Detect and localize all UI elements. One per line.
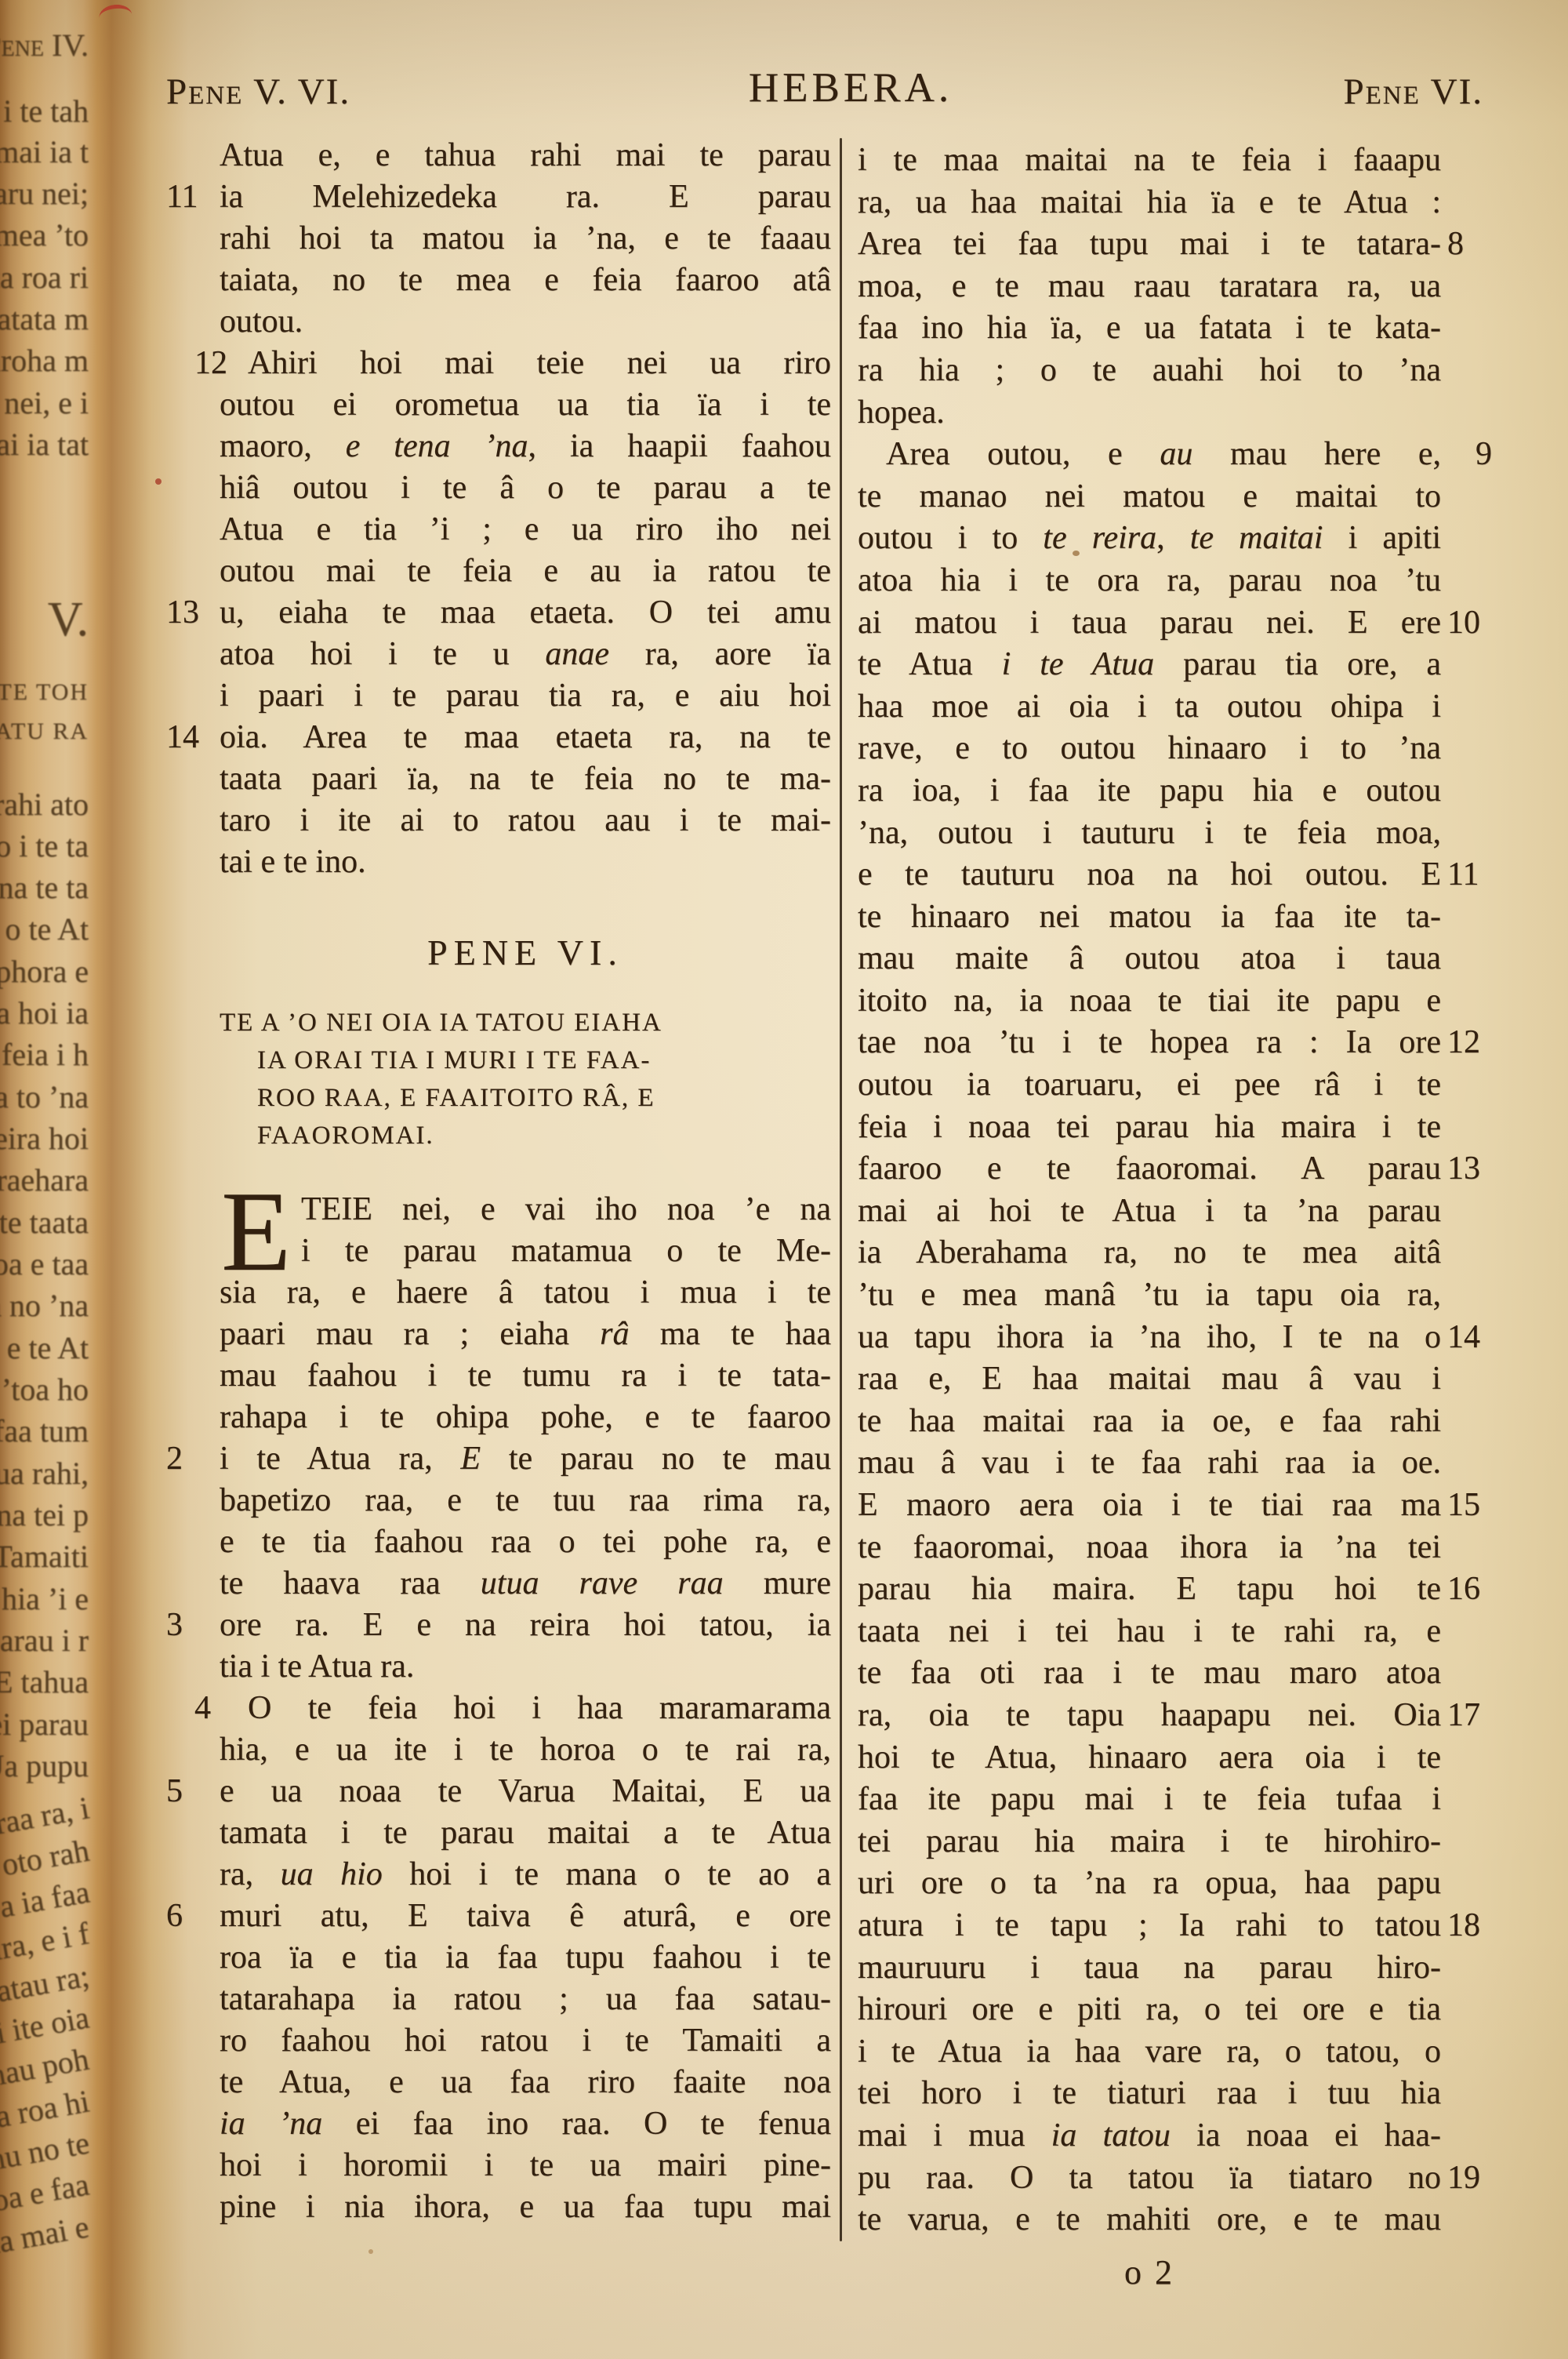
line-text: moa, e te mau raau taratara ra, ua: [858, 268, 1441, 304]
verse-number: 17: [1447, 1695, 1504, 1737]
text-line: te varua, e te mahiti ore, e te mau: [858, 2199, 1441, 2241]
line-text: hopea.: [858, 394, 945, 431]
gutter-text-fragment: ea o te At: [0, 911, 89, 947]
gutter-text-fragment: rarahi ato: [0, 786, 89, 823]
left-text-column: Atua e, e tahua rahi mai te parau11ia Me…: [220, 135, 831, 2228]
line-text: ro faahou hoi ratou i te Tamaiti a: [220, 2023, 831, 2059]
line-text: hoi i horomii i te ua mairi pine-: [220, 2147, 831, 2183]
line-text: e te tauturu noa na hoi outou. E: [858, 856, 1441, 892]
text-line: ra ioa, i faa ite papu hia e outou: [858, 770, 1441, 812]
verse-number: 12: [166, 343, 227, 384]
facing-page-gutter: Pene IV.ou i te tahha mai ia truparu nei…: [0, 0, 93, 2359]
line-text: ’na, outou i tauturu i te feia moa,: [858, 815, 1441, 851]
gutter-text-fragment: tei parau: [0, 1706, 89, 1743]
line-text: Ahiri hoi mai teie nei ua riro: [248, 345, 831, 381]
line-text: tae noa ’tu i te hopea ra : Ia ore: [858, 1024, 1441, 1060]
verse-number: 9: [1447, 434, 1504, 476]
line-text: mauruuru i taua na parau hiro-: [858, 1950, 1441, 1986]
verse-number: 12: [1447, 1022, 1504, 1064]
line-text: tei horo i te tiaturi raa i tuu hia: [858, 2075, 1441, 2111]
text-line: te manao nei matou e maitai to: [858, 476, 1441, 518]
gutter-text-fragment: oto i te ta: [0, 827, 89, 864]
line-text: te varua, e te mahiti ore, e te mau: [858, 2201, 1441, 2237]
line-text: i paari i te parau tia ra, e aiu hoi: [220, 678, 831, 714]
gutter-text-fragment: E tia hoi ia: [0, 994, 89, 1031]
gutter-text-fragment: aa fatata m: [0, 300, 89, 337]
line-text: ia Melehizedeka ra. E parau: [220, 179, 831, 215]
text-line: taata paari ïa, na te feia no te ma-: [220, 758, 831, 800]
verse-number: 4: [166, 1688, 211, 1729]
gutter-text-fragment: ahua rahi,: [0, 1455, 89, 1492]
line-text: taata nei i tei hau i te rahi ra, e: [858, 1613, 1441, 1649]
line-text: te Atua i te Atua parau tia ore, a: [858, 646, 1441, 682]
line-text: ra, ua haa maitai hia ïa e te Atua :: [858, 184, 1441, 220]
ink-speck: [155, 478, 162, 485]
verse-number: 19: [1447, 2157, 1504, 2200]
gutter-text-fragment: aita roa ri: [0, 259, 89, 296]
line-text: e ua noaa te Varua Maitai, E ua: [220, 1773, 831, 1809]
line-text: taro i ite ai to ratou aau i te mai-: [220, 802, 831, 838]
line-text: i te Atua ia haa vare ra, o tatou, o: [858, 2034, 1441, 2070]
gutter-text-fragment: hia ’i e: [2, 1580, 89, 1617]
gutter-text-fragment: a na tei p: [0, 1496, 89, 1533]
running-head-left: Pene V. VI.: [166, 71, 350, 113]
line-text: atura i te tapu ; Ia rahi to tatou: [858, 1907, 1441, 1943]
text-line: tai e te ino.: [220, 841, 831, 883]
gutter-text-fragment: osephora e: [0, 953, 89, 990]
verse-number: 6: [166, 1896, 183, 1937]
signature-mark: o 2: [858, 2252, 1441, 2292]
text-line: te faa oti raa i te mau maro atoa: [858, 1652, 1441, 1695]
line-text: uri ore o ta ’na ra opua, haa papu: [858, 1865, 1441, 1901]
gutter-text-fragment: Tamaiti: [0, 1538, 89, 1575]
chapter-summary: TE A ’O NEI OIA IA TATOU EIAHAIA ORAI TI…: [220, 1004, 831, 1154]
line-text: muri atu, E taiva ê aturâ, e ore: [220, 1898, 831, 1934]
text-line: 13u, eiaha te maa etaeta. O tei amu: [220, 592, 831, 634]
column-divider-rule: [840, 138, 842, 2241]
line-text: te haa maitai raa ia oe, e faa rahi: [858, 1403, 1441, 1439]
text-line: 14ua tapu ihora ia ’na iho, I te na o: [858, 1317, 1441, 1359]
line-text: faa ino hia ïa, e ua fatata i te kata-: [858, 310, 1441, 346]
book-page: Pene IV.ou i te tahha mai ia truparu nei…: [0, 0, 1568, 2359]
line-text: ore ra. E e na reira hoi tatou, ia: [220, 1607, 831, 1643]
text-line: te haa maitai raa ia oe, e faa rahi: [858, 1401, 1441, 1443]
line-text: i te maa maitai na te feia i faaapu: [858, 142, 1441, 178]
text-line: taiata, no te mea e feia faaroo atâ: [220, 260, 831, 301]
line-text: tamata i te parau maitai a te Atua: [220, 1815, 831, 1851]
line-text: ra hia ; o te auahi hoi to ’na: [858, 352, 1441, 388]
text-line: tia i te Atua ra.: [220, 1646, 831, 1688]
line-text: mai ai hoi te Atua i ta ’na parau: [858, 1193, 1441, 1229]
verse-number: 2: [166, 1438, 183, 1480]
line-text: maoro, e tena ’na, ia haapii faahou: [220, 428, 831, 464]
text-line: Atua e, e tahua rahi mai te parau: [220, 135, 831, 176]
red-pen-mark: [98, 3, 132, 23]
line-text: Atua e tia ’i ; e ua riro iho nei: [220, 511, 831, 547]
line-text: rave, e to outou hinaaro i to ’na: [858, 730, 1441, 766]
text-line: tamata i te parau maitai a te Atua: [220, 1812, 831, 1854]
verse-number: 5: [166, 1771, 183, 1812]
line-text: rahi hoi ta matou ia ’na, e te faaau: [220, 220, 831, 256]
verse-number: 11: [1447, 854, 1504, 896]
gutter-text-fragment: ra no ’na: [0, 1287, 89, 1324]
line-text: te faa oti raa i te mau maro atoa: [858, 1655, 1441, 1691]
verse-number: 13: [166, 592, 199, 634]
text-line: 18atura i te tapu ; Ia rahi to tatou: [858, 1905, 1441, 1947]
line-text: te manao nei matou e maitai to: [858, 478, 1441, 514]
summary-line: FAAOROMAI.: [220, 1117, 831, 1154]
line-text: ia Aberahama ra, no te mea aitâ: [858, 1234, 1441, 1270]
chapter-heading: PENE VI.: [220, 930, 831, 976]
line-text: e te tia faahou raa o tei pohe ra, e: [220, 1524, 831, 1560]
line-text: Atua e, e tahua rahi mai te parau: [220, 137, 831, 173]
verse-number: 8: [1447, 224, 1504, 266]
text-line: ra, ua hio hoi i te mana o te ao a: [220, 1854, 831, 1896]
gutter-text-fragment: toa to ’na: [0, 1078, 89, 1115]
gutter-text-fragment: A O TE TOH: [0, 679, 89, 706]
text-line: bapetizo raa, e te tuu raa rima ra,: [220, 1480, 831, 1521]
line-text: atoa hoi i te u anae ra, aore ïa: [220, 636, 831, 672]
text-line: hopea.: [858, 392, 1441, 434]
text-line: mau maite â outou atoa i taua: [858, 938, 1441, 980]
verse-number: 13: [1447, 1148, 1504, 1190]
line-text: oia. Area te maa etaeta ra, na te: [220, 719, 831, 755]
line-text: mau maite â outou atoa i taua: [858, 940, 1441, 976]
text-line: 11e te tauturu noa na hoi outou. E: [858, 854, 1441, 896]
line-text: ’tu e mea manâ ’tu ia tapu oia ra,: [858, 1277, 1441, 1313]
text-line: te Atua i te Atua parau tia ore, a: [858, 644, 1441, 686]
gutter-text-fragment: roa e taa: [0, 1245, 89, 1282]
text-line: te haava raa utua rave raa mure: [220, 1563, 831, 1605]
line-text: ra, ua hio hoi i te mana o te ao a: [220, 1856, 831, 1892]
gutter-text-fragment: Pene IV.: [0, 27, 89, 64]
text-line: rahi hoi ta matou ia ’na, e te faaau: [220, 218, 831, 260]
text-line: uri ore o ta ’na ra opua, haa papu: [858, 1863, 1441, 1905]
line-text: te hinaaro nei matou ia faa ite ta-: [858, 899, 1441, 935]
line-text: rahapa i te ohipa pohe, e te faaroo: [220, 1399, 831, 1435]
text-line: ra hia ; o te auahi hoi to ’na: [858, 350, 1441, 392]
text-line: haa moe ai oia i ta outou ohipa i: [858, 686, 1441, 729]
text-line: 2i te Atua ra, E te parau no te mau: [220, 1438, 831, 1480]
text-line: TEIE nei, e vai iho noa ’e na: [220, 1189, 831, 1230]
text-line: taro i ite ai to ratou aau i te mai-: [220, 800, 831, 841]
text-line: 3ore ra. E e na reira hoi tatou, ia: [220, 1605, 831, 1646]
text-line: roa ïa e tia ia faa tupu faahou i te: [220, 1937, 831, 1979]
line-text: hia, e ua ite i te horoa o te rai ra,: [220, 1732, 831, 1768]
line-text: outou ei orometua ua tia ïa i te: [220, 387, 831, 423]
gutter-text-fragment: hia mai e: [0, 2208, 92, 2264]
text-line: outou mai te feia e au ia ratou te: [220, 551, 831, 592]
line-text: parau hia maira. E tapu hoi te: [858, 1571, 1441, 1607]
text-line: mau faahou i te tumu ra i te tata-: [220, 1355, 831, 1397]
text-line: ’tu e mea manâ ’tu ia tapu oia ra,: [858, 1274, 1441, 1317]
text-line: rave, e to outou hinaaro i to ’na: [858, 728, 1441, 770]
text-line: i te parau matamua o te Me-: [220, 1230, 831, 1272]
text-line: ro faahou hoi ratou i te Tamaiti a: [220, 2020, 831, 2062]
running-head-title: HEBERA.: [749, 64, 953, 111]
text-line: 5e ua noaa te Varua Maitai, E ua: [220, 1771, 831, 1812]
line-text: te faaoromai, noaa ihora ia ’na tei: [858, 1529, 1441, 1565]
text-line: mau â vau i te faa rahi raa ia oe.: [858, 1442, 1441, 1485]
summary-line: TE A ’O NEI OIA IA TATOU EIAHA: [220, 1004, 831, 1041]
gutter-text-fragment: araehara: [0, 1161, 89, 1198]
line-text: taiata, no te mea e feia faaroo atâ: [220, 262, 831, 298]
line-text: outou i to te reira, te maitai i apiti: [858, 520, 1441, 556]
line-text: atoa hia i te ora ra, parau noa ’tu: [858, 562, 1441, 598]
text-line: outou i to te reira, te maitai i apiti: [858, 518, 1441, 560]
text-line: tatarahapa ia ratou ; ua faa satau-: [220, 1979, 831, 2020]
line-text: hirouri ore e piti ra, o tei ore e tia: [858, 1991, 1441, 2027]
gutter-text-fragment: Oia ’toa ho: [0, 1371, 89, 1408]
gutter-text-fragment: atou nei, e i: [0, 384, 89, 421]
text-line: 14oia. Area te maa etaeta ra, na te: [220, 717, 831, 758]
text-line: 6muri atu, E taiva ê aturâ, e ore: [220, 1896, 831, 1937]
line-text: raa e, E haa maitai mau â vau i: [858, 1361, 1441, 1397]
line-text: E maoro aera oia i te tiai raa ma: [858, 1487, 1441, 1523]
line-text: i te Atua ra, E te parau no te mau: [220, 1441, 831, 1477]
line-text: te haava raa utua rave raa mure: [220, 1565, 831, 1601]
line-text: pu raa. O ta tatou ïa tiataro no: [858, 2160, 1441, 2196]
text-line: ’na, outou i tauturu i te feia moa,: [858, 812, 1441, 855]
gutter-text-fragment: a te taata: [0, 1204, 89, 1241]
verse-number: 16: [1447, 1568, 1504, 1611]
gutter-text-fragment: ïa na te ta: [0, 869, 89, 906]
text-line: hiâ outou i te â o te parau a te: [220, 467, 831, 509]
text-line: outou ei orometua ua tia ïa i te: [220, 384, 831, 426]
text-line: pine i nia ihora, e ua faa tupu mai: [220, 2186, 831, 2228]
line-text: Area outou, e au mau here e,: [886, 436, 1441, 472]
gutter-text-fragment: mau mea ’to: [0, 216, 89, 253]
text-line: faa ino hia ïa, e ua fatata i te kata-: [858, 307, 1441, 350]
gutter-text-fragment: te aroha m: [0, 342, 89, 379]
verse-block: i te maa maitai na te feia i faaapura, u…: [858, 140, 1441, 2241]
line-text: ra ioa, i faa ite papu hia e outou: [858, 772, 1441, 809]
line-text: u, eiaha te maa etaeta. O tei amu: [220, 594, 831, 631]
text-line: feia i noaa tei parau hia maira i te: [858, 1107, 1441, 1149]
verse-number: 14: [1447, 1317, 1504, 1359]
gutter-text-fragment: u mai ia tat: [0, 426, 89, 463]
line-text: hiâ outou i te â o te parau a te: [220, 470, 831, 506]
text-line: atoa hoi i te u anae ra, aore ïa: [220, 634, 831, 675]
line-text: faa ite papu mai i te feia tufaa i: [858, 1781, 1441, 1817]
text-line: te faaoromai, noaa ihora ia ’na tei: [858, 1527, 1441, 1569]
gutter-text-fragment: V.: [48, 592, 89, 648]
line-text: sia ra, e haere â tatou i mua i te: [220, 1274, 831, 1310]
line-text: ai matou i taua parau nei. E ere: [858, 605, 1441, 641]
gutter-text-fragment: E tahua: [0, 1663, 89, 1700]
line-text: faaroo e te faaoromai. A parau: [858, 1150, 1441, 1187]
text-line: itoito na, ia noaa te tiai ite papu e: [858, 980, 1441, 1023]
text-line: 9Area outou, e au mau here e,: [858, 434, 1441, 476]
line-text: tei parau hia maira i te hirohiro-: [858, 1823, 1441, 1859]
text-line: 15E maoro aera oia i te tiai raa ma: [858, 1485, 1441, 1527]
text-line: mauruuru i taua na parau hiro-: [858, 1947, 1441, 1990]
line-text: pine i nia ihora, e ua faa tupu mai: [220, 2189, 831, 2225]
gutter-text-fragment: ou i te tah: [0, 93, 89, 129]
text-line: ia Aberahama ra, no te mea aitâ: [858, 1232, 1441, 1274]
text-line: atoa hia i te ora ra, parau noa ’tu: [858, 560, 1441, 602]
text-line: ia ’na ei faa ino raa. O te fenua: [220, 2103, 831, 2145]
text-line: moa, e te mau raau taratara ra, ua: [858, 266, 1441, 308]
verse-number: 11: [166, 176, 198, 218]
text-line: 8Area tei faa tupu mai i te tatara-: [858, 224, 1441, 266]
text-line: Atua e tia ’i ; e ua riro iho nei: [220, 509, 831, 551]
text-line: 12Ahiri hoi mai teie nei ua riro: [220, 343, 831, 384]
line-text: mau â vau i te faa rahi raa ia oe.: [858, 1445, 1441, 1481]
line-text: i te parau matamua o te Me-: [301, 1233, 831, 1269]
text-line: i paari i te parau tia ra, e aiu hoi: [220, 675, 831, 717]
line-text: feia i noaa tei parau hia maira i te: [858, 1109, 1441, 1145]
line-text: ia ’na ei faa ino raa. O te fenua: [220, 2106, 831, 2142]
text-line: sia ra, e haere â tatou i mua i te: [220, 1272, 831, 1314]
verse-number: 14: [166, 717, 199, 758]
verse-number: 15: [1447, 1485, 1504, 1527]
gutter-text-fragment: e te feia i h: [0, 1036, 89, 1073]
text-line: e te tia faahou raa o tei pohe ra, e: [220, 1521, 831, 1563]
gutter-text-fragment: o reira hoi: [0, 1120, 89, 1157]
verse-number: 10: [1447, 602, 1504, 645]
line-text: mau faahou i te tumu ra i te tata-: [220, 1358, 831, 1394]
line-text: tai e te ino.: [220, 844, 366, 880]
text-line: 10ai matou i taua parau nei. E ere: [858, 602, 1441, 645]
text-line: hoi te Atua, hinaaro aera oia i te: [858, 1737, 1441, 1779]
line-text: mai i mua ia tatou ia noaa ei haa-: [858, 2117, 1441, 2154]
right-text-column: i te maa maitai na te feia i faaapura, u…: [858, 140, 1441, 2292]
text-line: 13faaroo e te faaoromai. A parau: [858, 1148, 1441, 1190]
text-line: outou.: [220, 301, 831, 343]
verse-number: 18: [1447, 1905, 1504, 1947]
text-line: ra, ua haa maitai hia ïa e te Atua :: [858, 182, 1441, 224]
text-line: mai i mua ia tatou ia noaa ei haa-: [858, 2115, 1441, 2157]
text-line: 11ia Melehizedeka ra. E parau: [220, 176, 831, 218]
line-text: ra, oia te tapu haapapu nei. Oia: [858, 1697, 1441, 1733]
text-line: te hinaaro nei matou ia faa ite ta-: [858, 896, 1441, 939]
line-text: roa ïa e tia ia faa tupu faahou i te: [220, 1939, 831, 1976]
ink-speck: [368, 2249, 373, 2254]
text-line: outou ia toaruaru, ei pee râ i te: [858, 1064, 1441, 1107]
running-head-right: Pene VI.: [1343, 71, 1483, 113]
text-line: 16parau hia maira. E tapu hoi te: [858, 1568, 1441, 1611]
line-text: itoito na, ia noaa te tiai ite papu e: [858, 983, 1441, 1019]
line-text: hoi te Atua, hinaaro aera oia i te: [858, 1739, 1441, 1776]
text-line: maoro, e tena ’na, ia haapii faahou: [220, 426, 831, 467]
line-text: Area tei faa tupu mai i te tatara-: [858, 226, 1441, 262]
text-line: rahapa i te ohipa pohe, e te faaroo: [220, 1397, 831, 1438]
text-line: 4O te feia hoi i haa maramarama: [220, 1688, 831, 1729]
text-line: mai ai hoi te Atua i ta ’na parau: [858, 1190, 1441, 1233]
text-line: taata nei i tei hau i te rahi ra, e: [858, 1611, 1441, 1653]
verse-number: 3: [166, 1605, 183, 1646]
verse-block: Atua e, e tahua rahi mai te parau11ia Me…: [220, 135, 831, 883]
gutter-text-fragment: ha mai ia t: [0, 133, 89, 170]
line-text: paari mau ra ; eiaha râ ma te haa: [220, 1316, 831, 1352]
line-text: outou mai te feia e au ia ratou te: [220, 553, 831, 589]
line-text: ua tapu ihora ia ’na iho, I te na o: [858, 1319, 1441, 1355]
line-text: taata paari ïa, na te feia no te ma-: [220, 761, 831, 797]
text-line: 19pu raa. O ta tatou ïa tiataro no: [858, 2157, 1441, 2200]
text-line: paari mau ra ; eiaha râ ma te haa: [220, 1314, 831, 1355]
line-text: te Atua, e ua faa riro faaite noa: [220, 2064, 831, 2100]
text-line: tei horo i te tiaturi raa i tuu hia: [858, 2073, 1441, 2115]
line-text: outou.: [220, 304, 303, 340]
line-text: tia i te Atua ra.: [220, 1648, 414, 1685]
line-text: O te feia hoi i haa maramarama: [248, 1690, 831, 1726]
text-line: 17ra, oia te tapu haapapu nei. Oia: [858, 1695, 1441, 1737]
summary-line: ROO RAA, E FAAITOITO RÂ, E: [220, 1079, 831, 1117]
line-text: tatarahapa ia ratou ; ua faa satau-: [220, 1981, 831, 2017]
gutter-text-fragment: ruparu nei;: [0, 175, 89, 212]
gutter-text-fragment: Ua pupu: [0, 1747, 89, 1784]
text-line: raa e, E haa maitai mau â vau i: [858, 1358, 1441, 1401]
line-text: haa moe ai oia i ta outou ohipa i: [858, 689, 1441, 725]
text-line: i te maa maitai na te feia i faaapu: [858, 140, 1441, 182]
line-text: TEIE nei, e vai iho noa ’e na: [301, 1191, 831, 1227]
text-line: hirouri ore e piti ra, o tei ore e tia: [858, 1989, 1441, 2031]
text-line: hia, e ua ite i te horoa o te rai ra,: [220, 1729, 831, 1771]
text-line: te Atua, e ua faa riro faaite noa: [220, 2062, 831, 2103]
text-line: faa ite papu mai i te feia tufaa i: [858, 1779, 1441, 1821]
gutter-text-fragment: parau i r: [0, 1622, 89, 1659]
line-text: outou ia toaruaru, ei pee râ i te: [858, 1067, 1441, 1103]
text-line: i te Atua ia haa vare ra, o tatou, o: [858, 2031, 1441, 2074]
text-line: hoi i horomii i te ua mairi pine-: [220, 2145, 831, 2186]
gutter-text-fragment: U FATU RA: [0, 718, 89, 745]
verse-block: E TEIE nei, e vai iho noa ’e nai te para…: [220, 1189, 831, 2228]
gutter-text-fragment: te faa tum: [0, 1412, 89, 1449]
text-line: tei parau hia maira i te hirohiro-: [858, 1821, 1441, 1863]
line-text: bapetizo raa, e te tuu raa rima ra,: [220, 1482, 831, 1518]
text-line: 12tae noa ’tu i te hopea ra : Ia ore: [858, 1022, 1441, 1064]
summary-line: IA ORAI TIA I MURI I TE FAA-: [220, 1041, 831, 1079]
gutter-text-fragment: hia e te At: [0, 1329, 89, 1366]
